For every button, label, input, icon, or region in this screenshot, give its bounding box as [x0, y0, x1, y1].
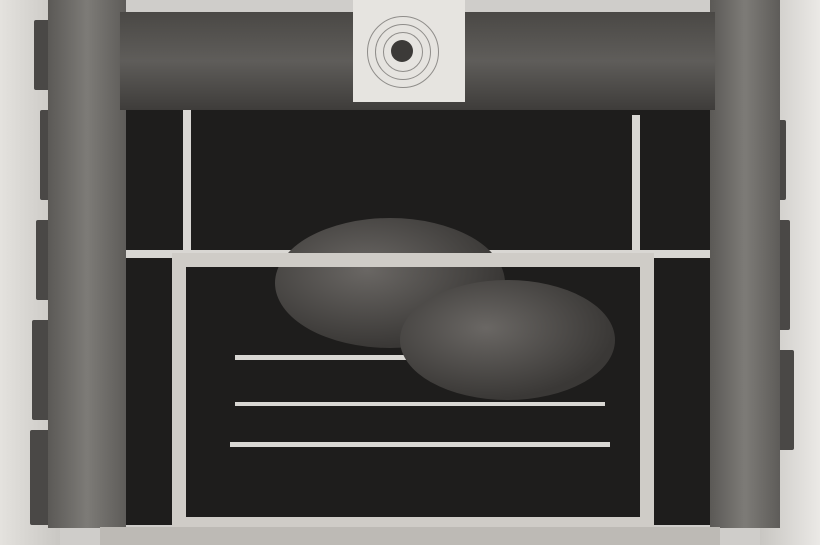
slat [183, 110, 191, 250]
target-bullseye [391, 40, 413, 62]
inner-frame [172, 253, 654, 531]
right-post [710, 0, 780, 528]
shooting-target [353, 0, 465, 102]
slat [632, 115, 640, 255]
photograph [0, 0, 820, 545]
left-post [48, 0, 126, 528]
base-board [100, 527, 720, 545]
brick [30, 430, 50, 525]
